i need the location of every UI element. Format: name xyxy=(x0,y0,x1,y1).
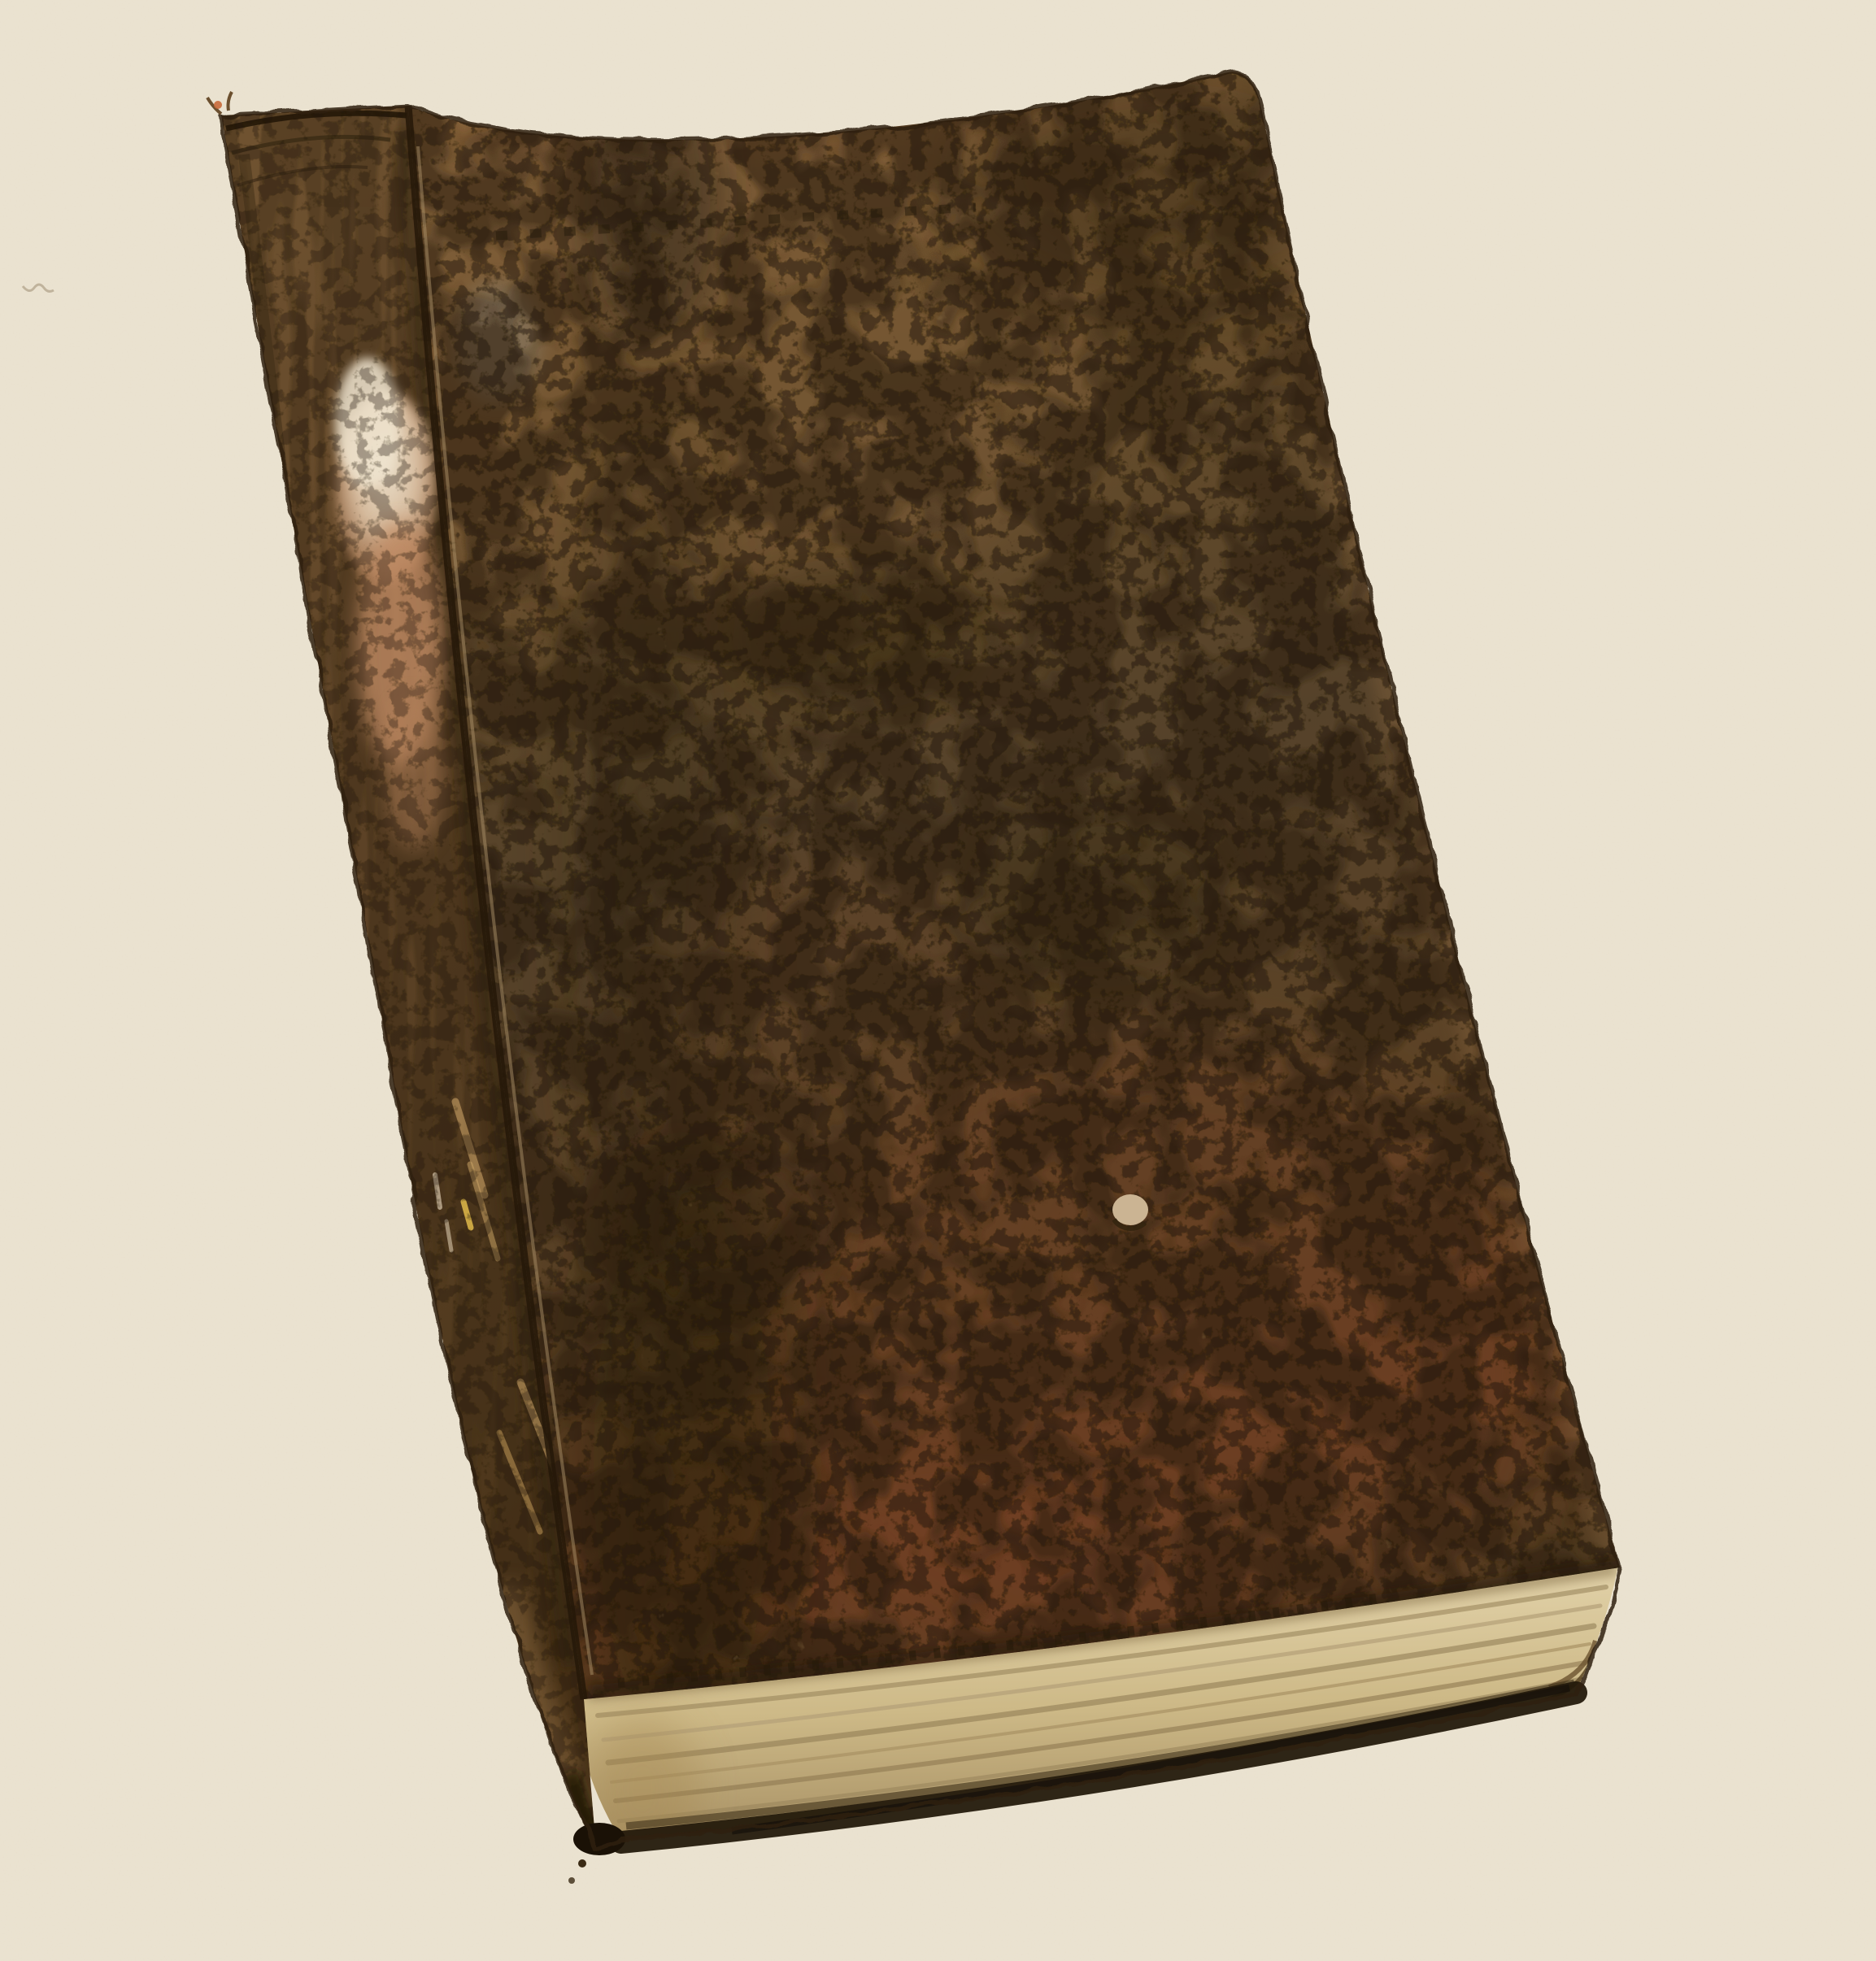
painting-canvas xyxy=(0,0,1876,1961)
spine-tip-orange-fleck xyxy=(214,101,222,109)
book-watercolor-painting xyxy=(0,0,1876,1961)
splatter-dot xyxy=(578,1859,586,1868)
cover-pale-scuff-spot xyxy=(1112,1194,1148,1228)
splatter-dot xyxy=(568,1877,575,1884)
bottom-left-ink-blob xyxy=(573,1823,625,1855)
